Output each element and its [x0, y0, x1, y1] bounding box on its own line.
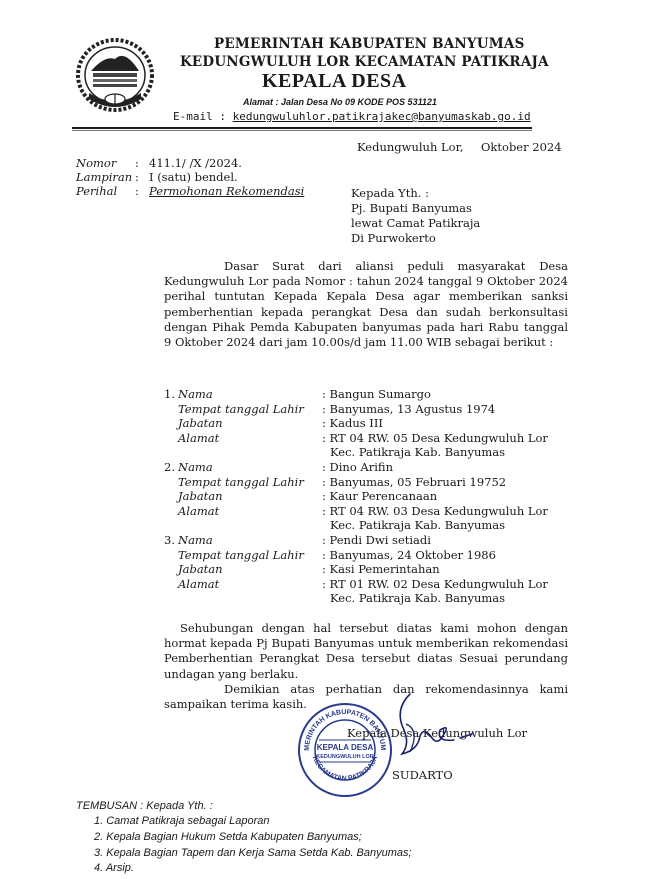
person-number: 3. [164, 533, 175, 547]
field-value-position: : Kasi Pemerintahan [322, 562, 440, 576]
regency-coat-of-arms-icon [75, 37, 155, 115]
field-value-address1: : RT 04 RW. 03 Desa Kedungwuluh Lor [322, 504, 548, 518]
field-value-address1: : RT 04 RW. 05 Desa Kedungwuluh Lor [322, 431, 548, 445]
field-label-address: Alamat [178, 431, 219, 445]
field-label-birth: Tempat tanggal Lahir [178, 475, 304, 489]
field-label-name: Nama [178, 533, 213, 547]
place: Kedungwuluh Lor, [357, 140, 463, 154]
field-label-name: Nama [178, 460, 213, 474]
field-value-address1: : RT 01 RW. 02 Desa Kedungwuluh Lor [322, 577, 548, 591]
field-value-address2: Kec. Patikraja Kab. Banyumas [330, 518, 505, 532]
field-value-name: : Dino Arifin [322, 460, 393, 474]
meta-sep: : [135, 170, 139, 184]
signatory-name: SUDARTO [392, 768, 453, 782]
meta-sep: : [135, 184, 139, 198]
field-value-birth: : Banyumas, 13 Agustus 1974 [322, 402, 495, 416]
field-label-position: Jabatan [178, 416, 223, 430]
date: Oktober 2024 [481, 140, 562, 154]
field-value-address2: Kec. Patikraja Kab. Banyumas [330, 591, 505, 605]
field-label-position: Jabatan [178, 562, 223, 576]
letterhead-divider-thin [72, 130, 532, 131]
letterhead-line-2: KEDUNGWULUH LOR KECAMATAN PATIKRAJA [180, 54, 549, 70]
field-value-position: : Kaur Perencanaan [322, 489, 437, 503]
closing-paragraph: Sehubungan dengan hal tersebut diatas ka… [164, 621, 568, 682]
letterhead-title: KEPALA DESA [262, 70, 407, 93]
field-label-birth: Tempat tanggal Lahir [178, 548, 304, 562]
meta-label-nomor: Nomor [76, 156, 116, 170]
cc-item: 1. Camat Patikraja sebagai Laporan [94, 815, 270, 827]
meta-label-perihal: Perihal [76, 184, 117, 198]
person-number: 2. [164, 460, 175, 474]
field-label-birth: Tempat tanggal Lahir [178, 402, 304, 416]
field-value-name: : Pendi Dwi setiadi [322, 533, 431, 547]
meta-value-perihal: Permohonan Rekomendasi [149, 184, 304, 198]
meta-value-lampiran: I (satu) bendel. [149, 170, 238, 184]
person-number: 1. [164, 387, 175, 401]
svg-text:KEDUNGWULUH LOR: KEDUNGWULUH LOR [316, 754, 373, 760]
field-value-position: : Kadus III [322, 416, 383, 430]
letterhead-divider [72, 127, 532, 129]
field-label-address: Alamat [178, 504, 219, 518]
field-value-name: : Bangun Sumargo [322, 387, 431, 401]
field-label-address: Alamat [178, 577, 219, 591]
cc-item: 3. Kepala Bagian Tapem dan Kerja Sama Se… [94, 847, 412, 859]
field-label-name: Nama [178, 387, 213, 401]
recipient-greeting: Kepada Yth. : [351, 186, 429, 200]
meta-label-lampiran: Lampiran [76, 170, 132, 184]
email-link[interactable]: kedungwuluhlor.patikrajakec@banyumaskab.… [233, 110, 531, 123]
field-value-address2: Kec. Patikraja Kab. Banyumas [330, 445, 505, 459]
recipient-line: Di Purwokerto [351, 231, 436, 245]
cc-item: 2. Kepala Bagian Hukum Setda Kabupaten B… [94, 831, 362, 843]
field-value-birth: : Banyumas, 24 Oktober 1986 [322, 548, 496, 562]
letterhead-address: Alamat : Jalan Desa No 09 KODE POS 53112… [243, 97, 437, 107]
letterhead-email-row: E-mail : kedungwuluhlor.patikrajakec@ban… [173, 110, 531, 123]
recipient-line: lewat Camat Patikraja [351, 216, 480, 230]
cc-item: 4. Arsip. [94, 862, 134, 874]
recipient-line: Pj. Bupati Banyumas [351, 201, 472, 215]
letterhead-line-1: PEMERINTAH KABUPATEN BANYUMAS [214, 36, 525, 52]
field-value-birth: : Banyumas, 05 Februari 19752 [322, 475, 506, 489]
handwritten-signature-icon [380, 690, 490, 770]
svg-text:KEPALA DESA: KEPALA DESA [317, 743, 374, 752]
meta-sep: : [135, 156, 139, 170]
meta-value-nomor: 411.1/ /X /2024. [149, 156, 242, 170]
email-label: E-mail : [173, 110, 233, 123]
intro-paragraph: Dasar Surat dari aliansi peduli masyarak… [164, 259, 568, 350]
cc-heading: TEMBUSAN : Kepada Yth. : [76, 800, 213, 812]
field-label-position: Jabatan [178, 489, 223, 503]
